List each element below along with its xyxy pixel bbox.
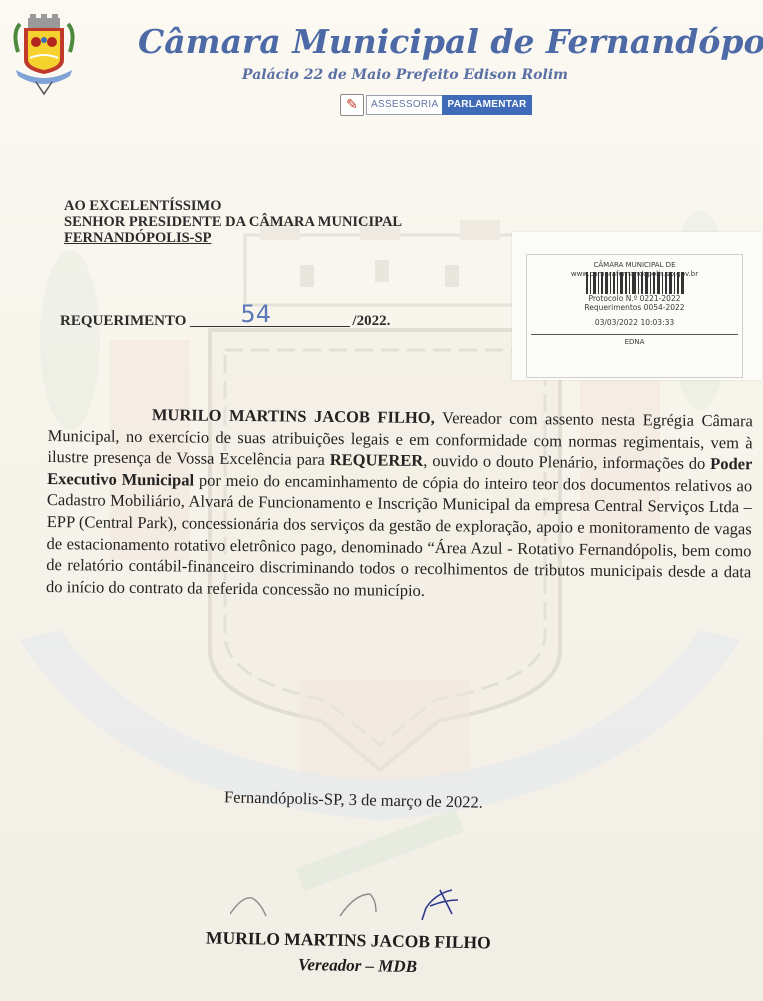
institution-title: Câmara Municipal de Fernandópolis — [138, 22, 758, 61]
requerer-keyword: REQUERER — [330, 450, 424, 470]
stamp-datetime: 03/03/2022 10:03:33 — [527, 318, 742, 327]
addressee-line-1: AO EXCELENTÍSSIMO — [64, 198, 402, 214]
request-body-paragraph: MURILO MARTINS JACOB FILHO, Vereador com… — [46, 403, 753, 605]
badge-label-parlamentar: PARLAMENTAR — [442, 95, 531, 115]
protocol-stamp: CÂMARA MUNICIPAL DE www.camarafernandopo… — [526, 254, 743, 378]
stamp-protocolo: Protocolo N.º 0221-2022 — [527, 294, 742, 303]
handwritten-number: 54 — [240, 300, 271, 328]
document-page: Câmara Municipal de Fernandópolis Paláci… — [0, 0, 763, 1001]
signer-role: Vereador – MDB — [298, 955, 417, 977]
requerimento-year: /2022. — [352, 313, 390, 330]
stamp-clerk: EDNA — [527, 338, 742, 346]
stamp-institution: CÂMARA MUNICIPAL DE — [527, 261, 742, 269]
requerimento-number-line: REQUERIMENTO 54 /2022. — [60, 308, 390, 330]
addressee-line-2: SENHOR PRESIDENTE DA CÂMARA MUNICIPAL — [64, 214, 402, 230]
body-text-3: por meio do encaminhamento de cópia do i… — [46, 470, 752, 599]
body-text-2: , ouvido o douto Plenário, informações d… — [423, 451, 710, 473]
pen-icon: ✎ — [340, 94, 364, 116]
place-and-date: Fernandópolis-SP, 3 de março de 2022. — [224, 787, 483, 812]
addressee-block: AO EXCELENTÍSSIMO SENHOR PRESIDENTE DA C… — [64, 198, 402, 246]
handwritten-signature-icon — [230, 876, 470, 921]
stamp-requerimentos: Requerimentos 0054-2022 — [527, 303, 742, 312]
protocol-stamp-label: CÂMARA MUNICIPAL DE www.camarafernandopo… — [512, 232, 762, 380]
addressee-line-3: FERNANDÓPOLIS-SP — [64, 230, 402, 246]
requerimento-number-field: 54 — [190, 308, 350, 327]
coat-of-arms-logo-icon — [12, 12, 76, 96]
signer-name: MURILO MARTINS JACOB FILHO — [206, 928, 491, 954]
assessoria-parlamentar-badge: ✎ ASSESSORIA PARLAMENTAR — [340, 93, 532, 117]
stamp-divider — [531, 334, 738, 335]
badge-label-assessoria: ASSESSORIA — [366, 95, 442, 115]
author-name: MURILO MARTINS JACOB FILHO, — [152, 405, 435, 427]
institution-subtitle: Palácio 22 de Maio Prefeito Edison Rolim — [0, 67, 763, 83]
requerimento-label: REQUERIMENTO — [60, 313, 186, 330]
